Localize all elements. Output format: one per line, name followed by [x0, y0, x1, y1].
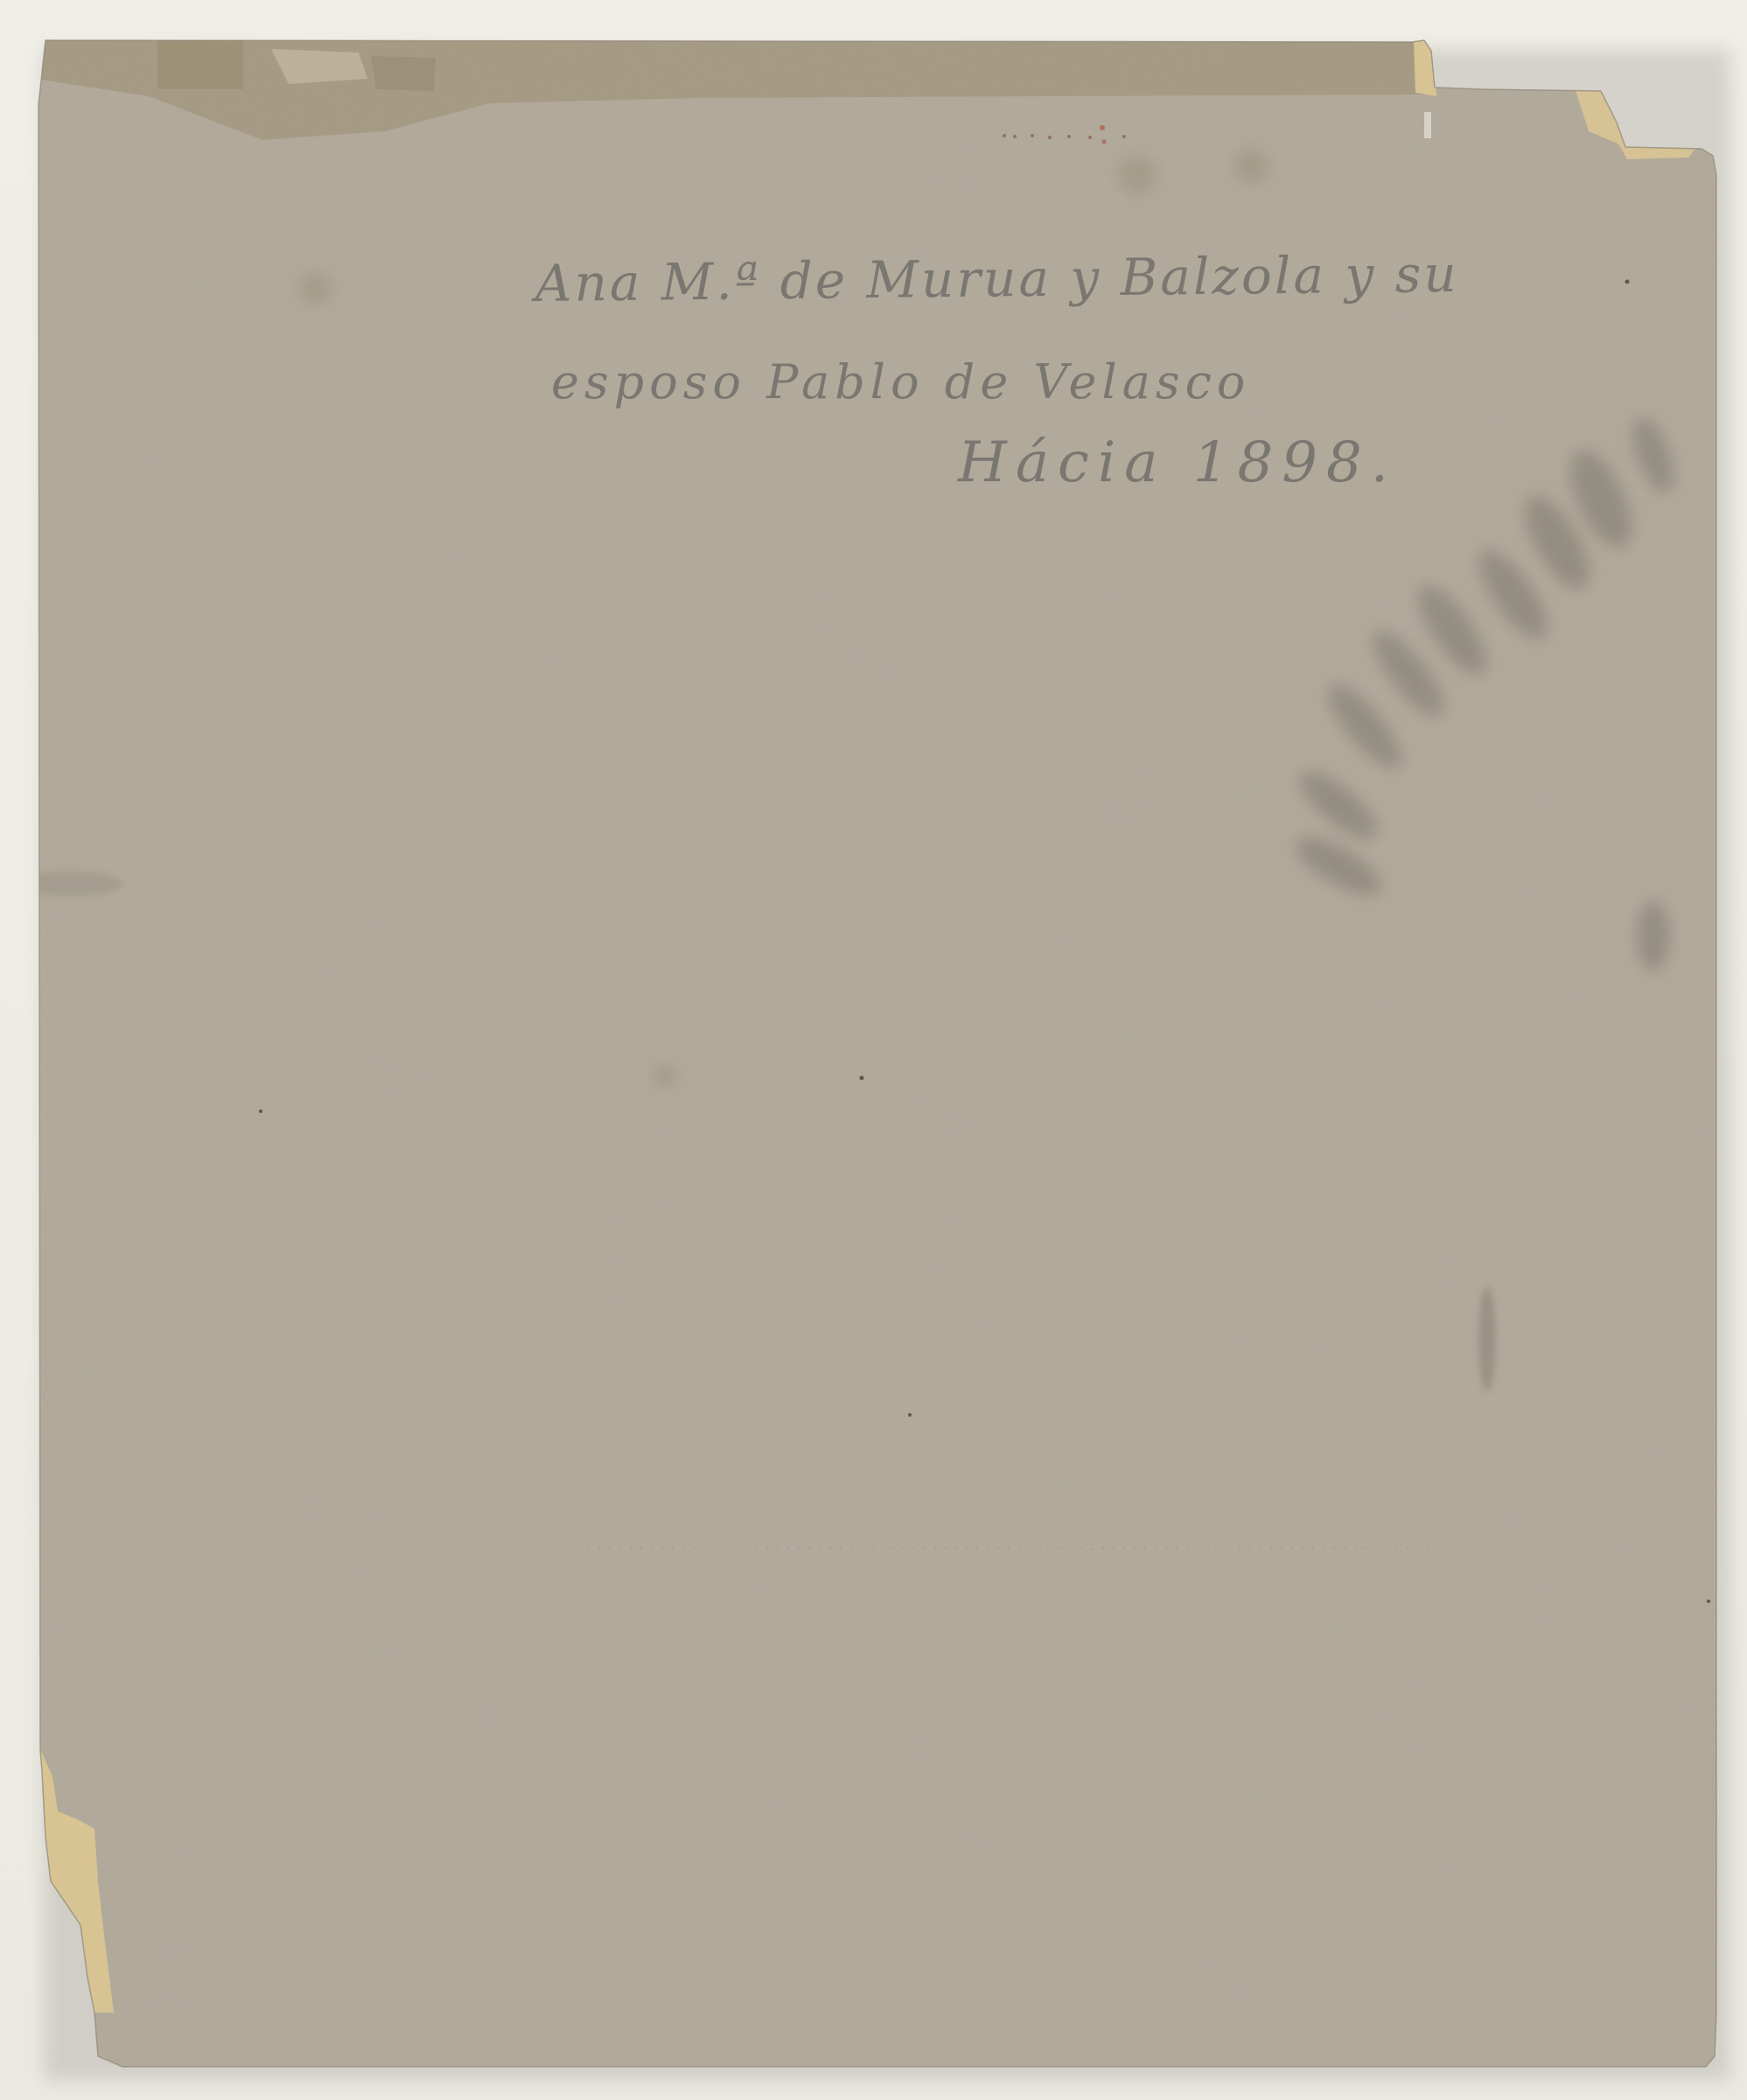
inscription-line-1: Ana M.ª de Murua y Balzola y su	[535, 244, 1459, 313]
inscription-line-2: esposo Pablo de Velasco	[551, 354, 1250, 409]
mount-board: Ana M.ª de Murua y Balzola y su esposo P…	[0, 0, 1747, 2100]
inscription-date: Hácia 1898.	[958, 430, 1397, 495]
board-surface	[0, 0, 1747, 2100]
